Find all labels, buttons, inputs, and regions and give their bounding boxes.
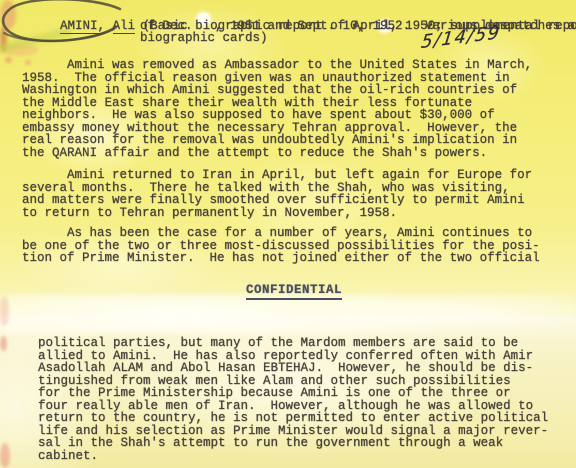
paragraph-return: Amini returned to Iran in April, but lef… [22,169,532,219]
paragraph-prospects: As has been the case for a number of yea… [22,227,540,265]
title-continuation: of Dec. , 1951 and Sept. 10, 1952. Vario… [140,20,576,45]
scanned-document: AMINI, Ali (Basic biographic report of A… [0,0,576,468]
subject-surname: AMINI, [60,19,105,35]
edge-stain [0,336,7,351]
paragraph-removal: Amini was removed as Ambassador to the U… [22,59,532,159]
page-seam [0,294,576,334]
edge-stain [0,443,10,468]
confidential-stamp: CONFIDENTIAL [246,284,342,300]
edge-stain [5,57,12,63]
edge-stain [0,296,9,326]
paragraph-politics: political parties, but many of the Mardo… [38,337,548,462]
subject-firstname: Ali [113,19,136,35]
